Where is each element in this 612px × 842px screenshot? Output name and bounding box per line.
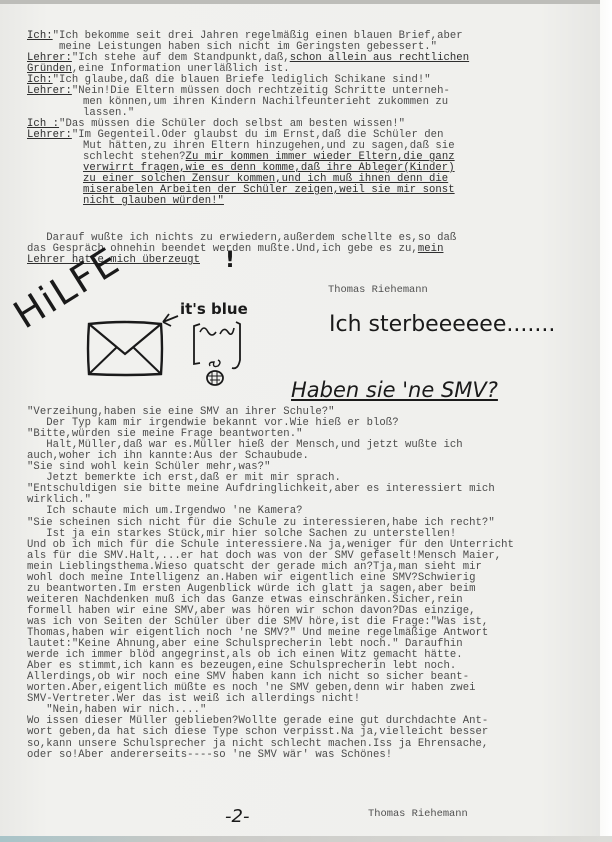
- page-bottom-edge: [0, 836, 612, 842]
- underlined-text: schon allein aus rechtlichen: [290, 52, 469, 64]
- story-line: wort geben,da hat sich diese Type schon …: [27, 727, 488, 738]
- dying-scribble: Ich sterbeeeeee.......: [329, 312, 555, 337]
- story-line: Ist ja ein starkes Stück,mir hier solche…: [27, 529, 456, 540]
- crying-face-icon: [188, 318, 248, 390]
- story-line: "Sie scheinen sich nicht für die Schule …: [27, 518, 495, 529]
- page-top-edge: [0, 0, 612, 4]
- story-line: Ich schaute mich um.Irgendwo 'ne Kamera?: [27, 506, 303, 517]
- dialog-line: nicht glauben würden!": [83, 196, 224, 207]
- its-blue-label: it's blue: [180, 300, 248, 318]
- speaker-label: Lehrer:: [27, 85, 72, 97]
- hand-exclamation-mark: !: [225, 248, 235, 273]
- story-line: "Entschuldigen sie bitte meine Aufdringl…: [27, 484, 495, 495]
- envelope-icon: [85, 318, 165, 380]
- speaker-label: Lehrer:: [27, 129, 72, 141]
- page-number: -2-: [225, 806, 249, 827]
- dialog-line: men können,um ihren Kindern Nachilfeunte…: [83, 97, 448, 108]
- arrow-icon: [160, 311, 180, 327]
- page-right-margin: [600, 0, 612, 842]
- story-line: oder so!Aber andererseits----so 'ne SMV …: [27, 750, 392, 761]
- story-line: so,kann unsere Schulsprecher ja nicht sc…: [27, 739, 488, 750]
- author-signature: Thomas Riehemann: [328, 284, 428, 296]
- underlined-text: mein: [418, 243, 444, 255]
- author-signature: Thomas Riehemann: [368, 808, 468, 820]
- section-heading: Haben sie 'ne SMV?: [291, 378, 498, 402]
